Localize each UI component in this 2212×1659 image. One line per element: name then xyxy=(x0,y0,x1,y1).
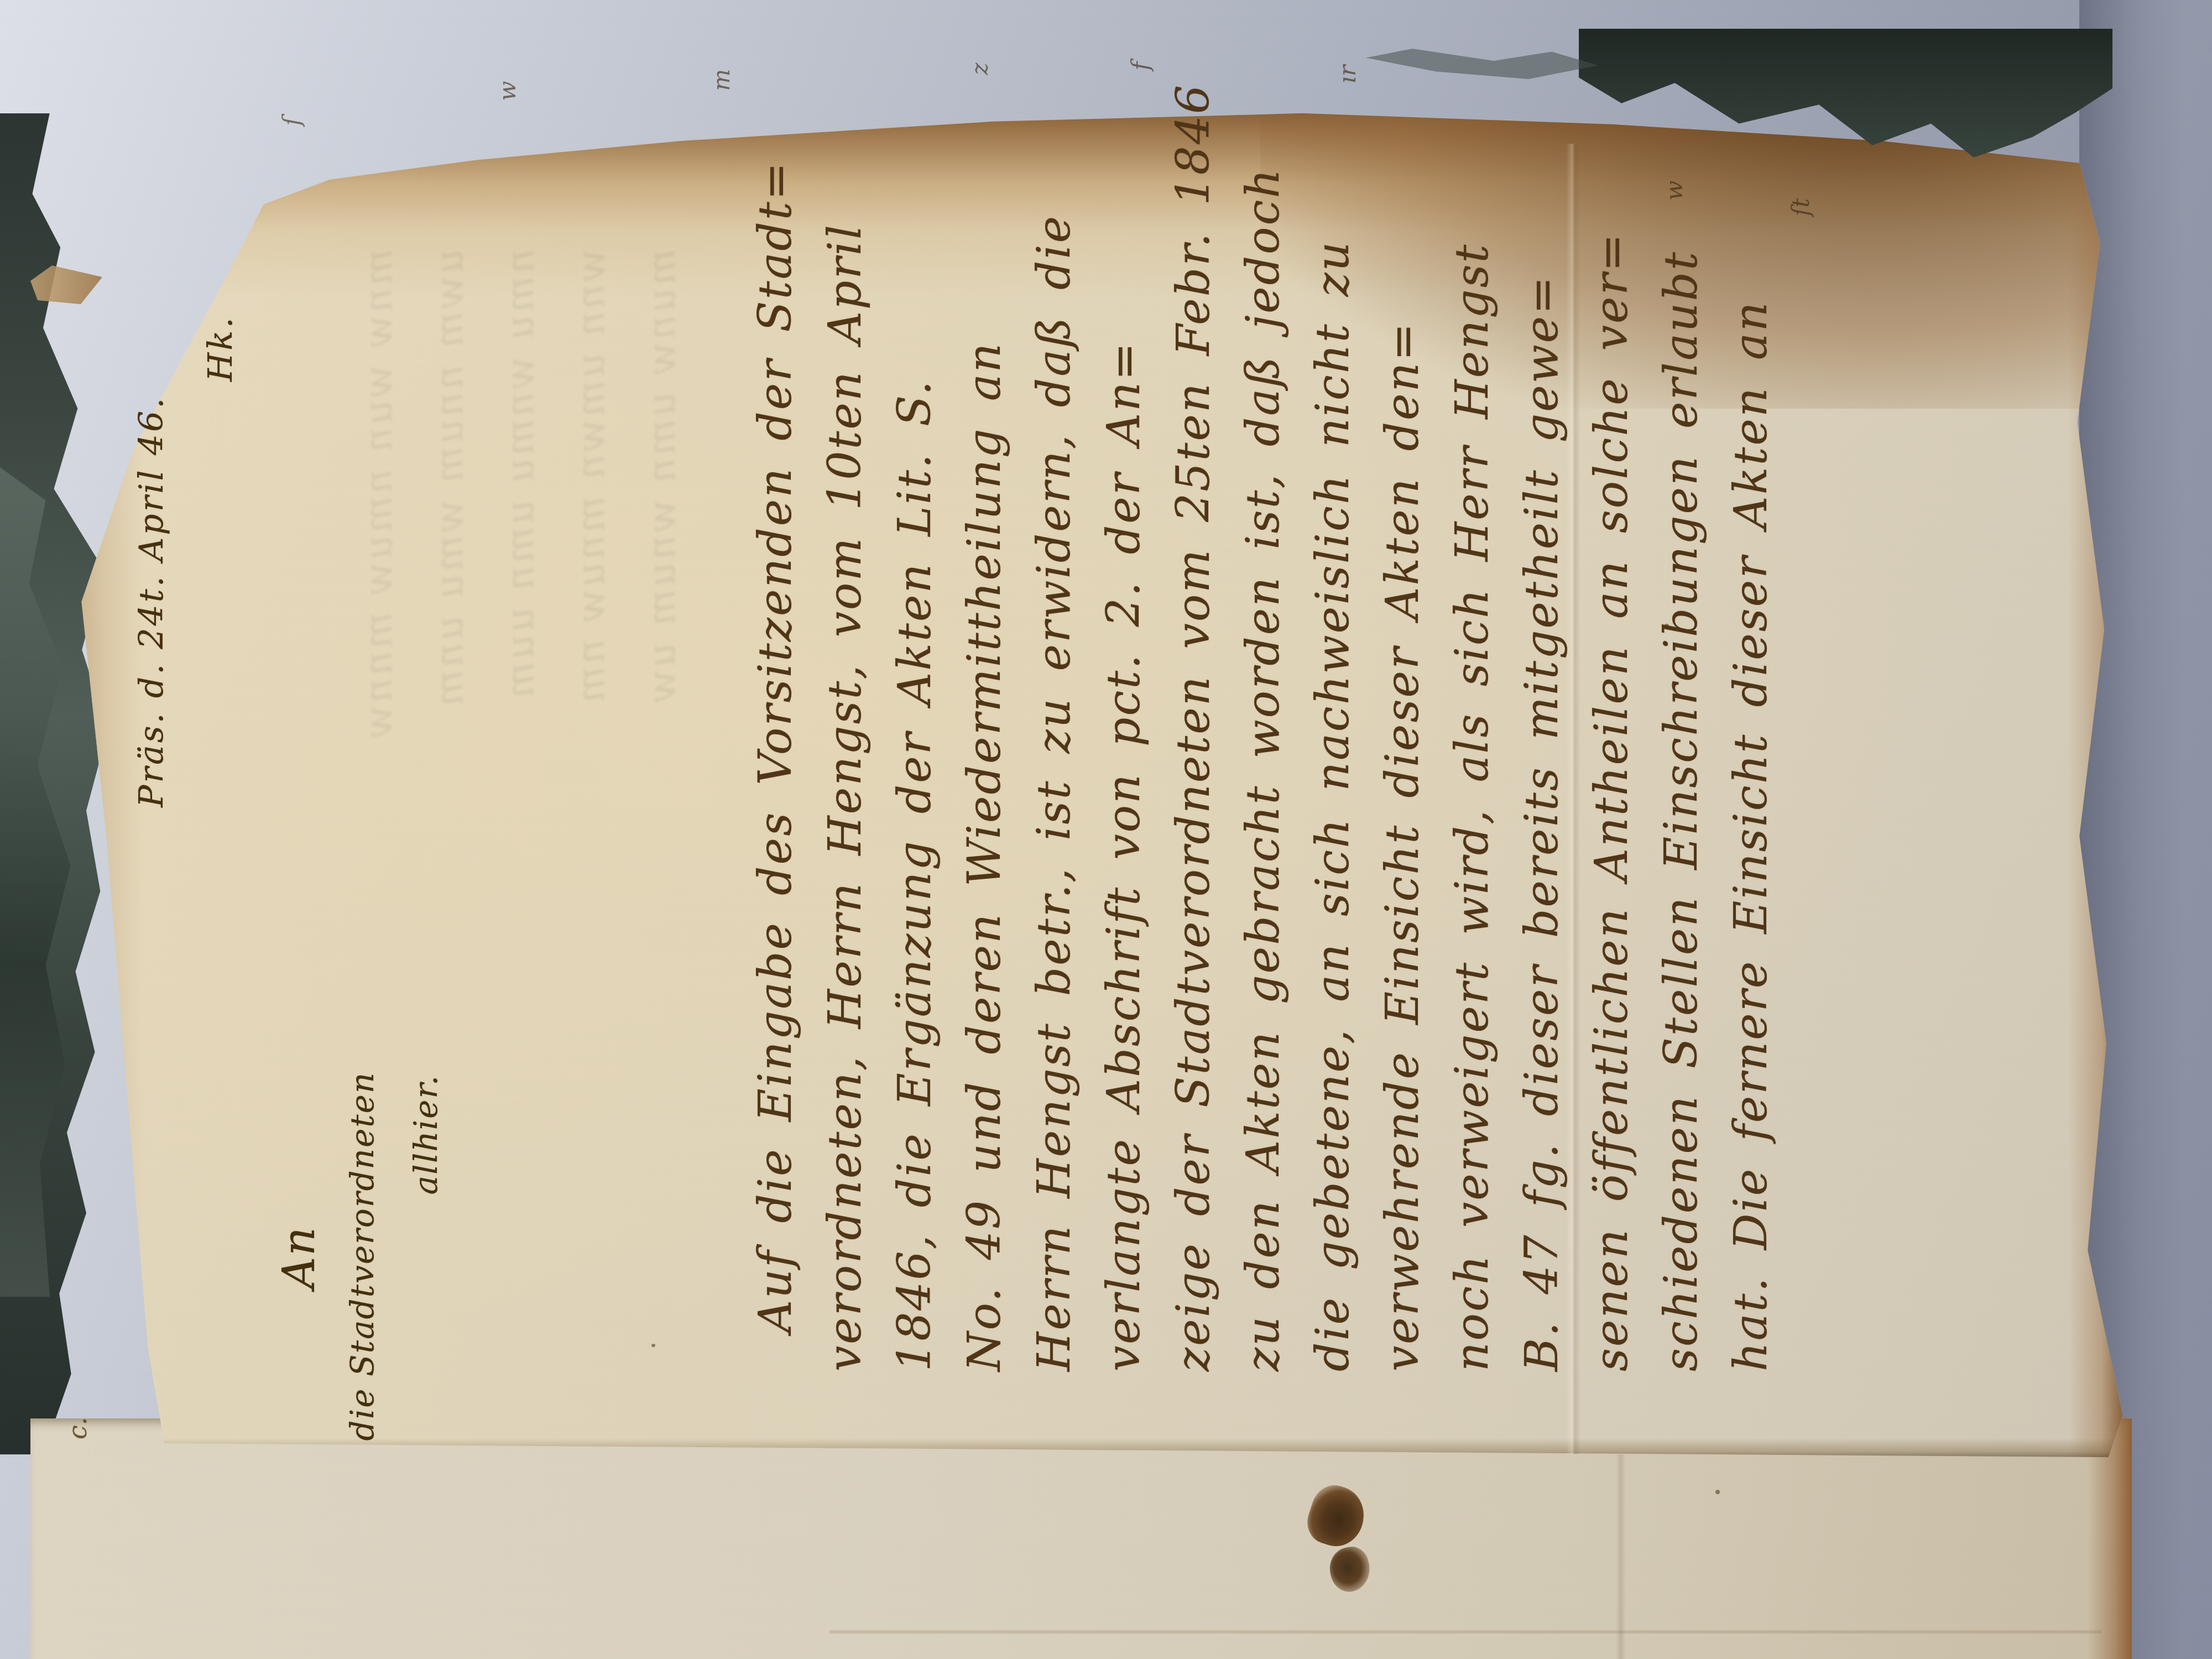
body-line: noch verweigert wird, als sich Herr Heng… xyxy=(1438,166,1507,1371)
body-line: Herrn Hengst betr., ist zu erwidern, daß… xyxy=(1020,166,1089,1371)
edge-ink-mark: ſt xyxy=(1787,198,1814,216)
address-block: An die Stadtverordneten allhier. xyxy=(267,1029,458,1449)
body-line: Auf die Eingabe des Vorsitzenden der Sta… xyxy=(741,166,811,1371)
photo-of-manuscript: mnw wun nmuw mnnw uwm nnum wmu unm nmu w… xyxy=(0,0,2212,1659)
ghost-line: mnw wun nmuw mnnw xyxy=(343,249,414,1078)
edge-ink-mark: ſ xyxy=(278,117,305,126)
body-line: 1846, die Ergänzung der Akten Lit. S. xyxy=(880,166,950,1371)
presentation-note: Präs. d. 24t. April 46. Hk. xyxy=(117,310,255,807)
paper-speck xyxy=(1715,1490,1720,1494)
edge-ink-mark: m xyxy=(708,69,735,91)
ghost-line: wnn umwn mnuw nm xyxy=(555,249,626,1078)
body-line: verwehrende Einsicht dieser Akten den= xyxy=(1368,166,1438,1371)
body-line: verordneten, Herrn Hengst, vom 10ten Apr… xyxy=(811,166,880,1371)
body-line: zu den Akten gebracht worden ist, daß je… xyxy=(1229,166,1298,1371)
edge-ink-mark: w xyxy=(494,81,521,101)
body-line: die gebetene, an sich nachweislich nicht… xyxy=(1298,166,1368,1371)
crease-bottom xyxy=(830,1630,2101,1634)
paper-speck xyxy=(651,1344,655,1347)
body-line: No. 49 und deren Wiedermittheilung an xyxy=(950,166,1020,1371)
clerk-initials: Hk. xyxy=(186,310,255,807)
verso-showthrough-text: mnw wun nmuw mnnw uwm nnum wmu unm nmu w… xyxy=(343,249,735,1078)
edge-ink-mark: w xyxy=(1661,181,1688,201)
ghost-line: uwm nnum wmu unm xyxy=(414,249,484,1078)
ghost-line: munw umn wnum uw xyxy=(626,249,697,1078)
address-line: allhier. xyxy=(394,1029,458,1449)
body-line: hat. Die fernere Einsicht dieser Akten a… xyxy=(1717,166,1786,1371)
corner-mark: c. xyxy=(62,1395,101,1439)
edge-ink-mark: z xyxy=(966,62,993,75)
crease-under-sheet xyxy=(1616,1454,1626,1659)
edge-ink-mark: f xyxy=(1127,62,1154,71)
letter-fold-crease xyxy=(1566,144,1580,1454)
body-line: verlangte Abschrift von pct. 2. der An= xyxy=(1089,166,1159,1371)
letter-body: Auf die Eingabe des Vorsitzenden der Sta… xyxy=(741,166,1858,1371)
ghost-line: nmu wnmu umn uum xyxy=(484,249,555,1078)
body-line: zeige der Stadtverordneten vom 25ten Feb… xyxy=(1159,166,1229,1371)
body-line: schiedenen Stellen Einschreibungen erlau… xyxy=(1647,166,1717,1371)
address-line: die Stadtverordneten xyxy=(331,1029,394,1449)
address-line: An xyxy=(267,1029,331,1449)
torn-cover-inner-layer xyxy=(0,467,83,1297)
presentation-note-text: Präs. d. 24t. April 46. xyxy=(117,310,186,807)
edge-ink-mark: ır xyxy=(1334,65,1361,84)
body-line: senen öffentlichen Antheilen an solche v… xyxy=(1577,166,1647,1371)
